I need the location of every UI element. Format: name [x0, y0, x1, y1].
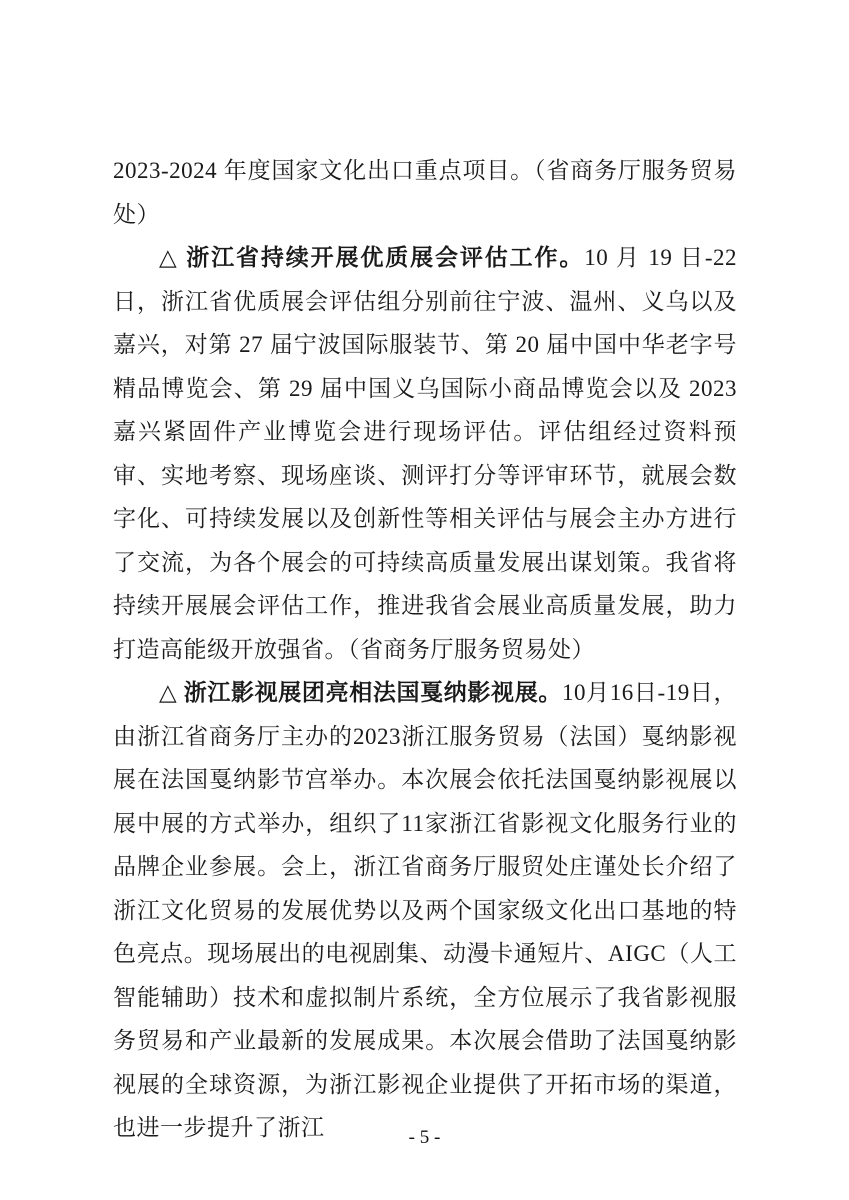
paragraph-heading: △ 浙江影视展团亮相法国戛纳影视展。 [159, 680, 562, 705]
paragraph: △ 浙江影视展团亮相法国戛纳影视展。10月16日-19日，由浙江省商务厅主办的2… [113, 671, 737, 1150]
paragraph: △ 浙江省持续开展优质展会评估工作。10 月 19 日-22 日，浙江省优质展会… [113, 236, 737, 671]
paragraph-text: 10 月 19 日-22 日，浙江省优质展会评估组分别前往宁波、温州、义乌以及嘉… [113, 245, 737, 662]
page-footer: - 5 - [0, 1126, 849, 1150]
page-number: - 5 - [409, 1127, 441, 1148]
document-page: 2023-2024 年度国家文化出口重点项目。（省商务厅服务贸易处）△ 浙江省持… [0, 0, 849, 1200]
paragraph-text: 10月16日-19日，由浙江省商务厅主办的2023浙江服务贸易（法国）戛纳影视展… [113, 680, 737, 1140]
document-body: 2023-2024 年度国家文化出口重点项目。（省商务厅服务贸易处）△ 浙江省持… [113, 149, 737, 1150]
paragraph: 2023-2024 年度国家文化出口重点项目。（省商务厅服务贸易处） [113, 149, 737, 236]
paragraph-text: 2023-2024 年度国家文化出口重点项目。（省商务厅服务贸易处） [113, 158, 737, 227]
paragraph-heading: △ 浙江省持续开展优质展会评估工作。 [159, 245, 584, 270]
